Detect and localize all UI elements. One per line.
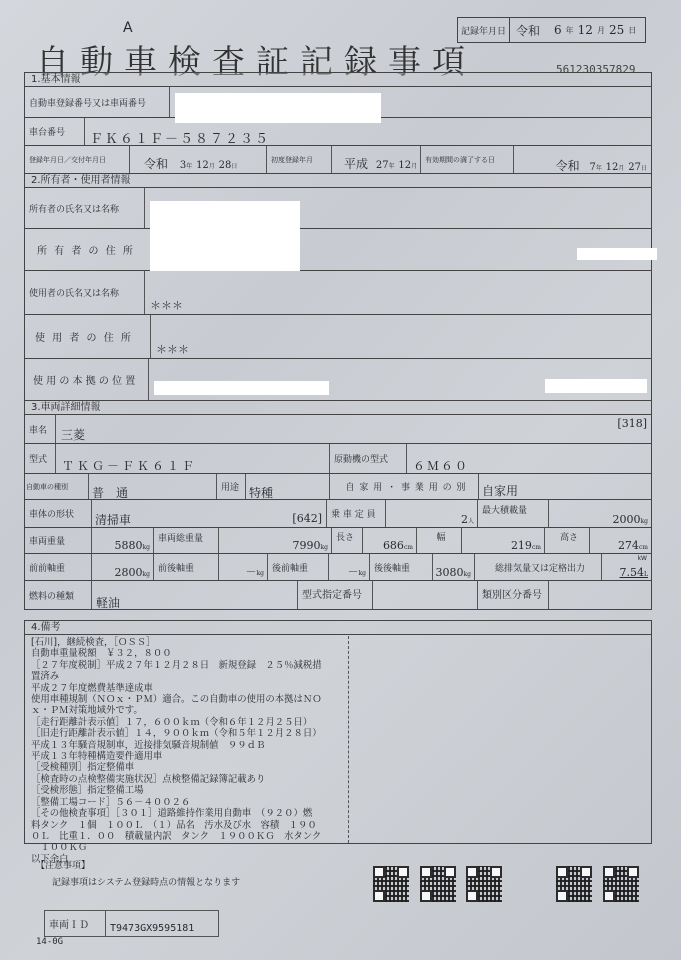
remarks-line: 平成１３年騒音規制車，近接排気騒音規制値 ９９ｄＢ — [31, 740, 349, 751]
owner-name-row: 所有者の氏名又は名称 — [25, 188, 651, 229]
rf-axle: －kg — [348, 563, 366, 579]
remarks-line: ［旧走行距離計表示値］１４，９００ｋｍ（令和５年１２月２８日） — [31, 728, 349, 739]
first-registration-label: 初度登録年月 — [267, 146, 332, 173]
model: ＴＫＧ－ＦＫ６１Ｆ — [62, 457, 197, 474]
capacity: 2人 — [461, 513, 474, 526]
private-business: 自家用 — [482, 482, 518, 499]
type-designation — [373, 581, 478, 609]
maker-row: 車名 三菱 [318] — [25, 415, 651, 444]
form-mark: A — [123, 20, 133, 36]
remarks-line: ｘ・ＰＭ対策地域外です。 — [31, 705, 349, 716]
record-date-day: 25 — [609, 23, 624, 37]
remarks-line: ［その他検査事項］［３０１］道路維持作業用自動車 （９２０）燃 — [31, 808, 349, 819]
length-label: 長さ — [332, 528, 363, 553]
remarks-section: 4.備考 [石川]，継続検査，［ＯＳＳ］自動車重量税額 ￥３２，８００［２７年度… — [24, 620, 652, 844]
remarks-line: 平成１３年特種構造要件適用車 — [31, 751, 349, 762]
vehicle-type-row: 自動車の種別 普 通 用途 特種 自 家 用 ・ 事 業 用 の 別 自家用 — [25, 474, 651, 500]
remarks-text: [石川]，継続検査，［ＯＳＳ］自動車重量税額 ￥３２，８００［２７年度税制］平成… — [31, 637, 349, 865]
user-address-row: 使 用 者 の 住 所 ＊＊＊ — [25, 315, 651, 359]
qr-code-5-icon — [603, 866, 639, 902]
remarks-line: １００ＫＧ — [31, 842, 349, 853]
inspection-form: 1.基本情報 自動車登録番号又は車両番号 車台番号 ＦＫ６１Ｆ－５８７２３５ 登… — [24, 72, 652, 610]
max-load: 2000kg — [613, 513, 648, 526]
fuel-label: 燃料の種類 — [25, 581, 92, 609]
maker-code: [318] — [617, 417, 647, 430]
notice-text: 記録事項はシステム登録時点の情報となります — [52, 875, 240, 888]
expiry-date-text: 令和 7年 12月 27日 — [556, 157, 647, 174]
year-unit: 年 — [566, 25, 574, 36]
remarks-line: ［整備工場コード］５６－４００２６ — [31, 797, 349, 808]
remarks-line: ［走行距離計表示値］１７，６００ｋｍ（令和６年１２月２５日） — [31, 717, 349, 728]
base-location-row: 使 用 の 本 拠 の 位 置 — [25, 359, 651, 401]
user-name: ＊＊＊ — [150, 297, 183, 313]
height: 274cm — [618, 539, 648, 552]
usage: 特種 — [249, 484, 273, 501]
category — [549, 581, 651, 609]
owner-address-redaction — [577, 248, 657, 260]
rr-axle-label: 後後軸重 — [370, 554, 433, 580]
body-shape: 清掃車 — [95, 511, 131, 528]
ff-axle-label: 前前軸重 — [25, 554, 92, 580]
section-vehicle-details: 3.車両詳細情報 — [25, 401, 651, 415]
remarks-line: 置済み — [31, 671, 349, 682]
rf-axle-label: 後前軸重 — [268, 554, 329, 580]
registration-date-label: 登録年月日／交付年月日 — [25, 146, 130, 173]
vehicle-id-label: 車両ＩＤ — [45, 911, 106, 936]
fr-axle: －kg — [246, 563, 264, 579]
vehicle-id: T9473GX9595181 — [106, 911, 218, 936]
base-location-redaction — [154, 381, 329, 395]
registration-number-label: 自動車登録番号又は車両番号 — [25, 87, 170, 117]
capacity-label: 乗 車 定 員 — [327, 500, 386, 527]
first-registration-text: 平成 27年 12月 — [344, 155, 417, 172]
body-shape-code: [642] — [292, 512, 322, 525]
height-label: 高さ — [545, 528, 590, 553]
chassis-number-label: 車台番号 — [25, 118, 85, 145]
vehicle-weight-label: 車両重量 — [25, 528, 92, 553]
registration-number-value — [170, 87, 651, 117]
max-load-label: 最大積載量 — [478, 500, 549, 527]
axle-weights-row: 前前軸重 2800kg 前後軸重 －kg 後前軸重 －kg 後後軸重 3080k… — [25, 554, 651, 581]
engine-model-label: 原動機の型式 — [330, 444, 407, 473]
private-business-label: 自 家 用 ・ 事 業 用 の 別 — [330, 474, 479, 499]
fuel-row: 燃料の種類 軽油 型式指定番号 類別区分番号 — [25, 581, 651, 610]
remarks-line: ［受検形態］指定整備工場 — [31, 785, 349, 796]
gross-weight: 7990kg — [293, 539, 328, 552]
displacement: 7.54L — [620, 566, 648, 579]
record-date-year: 6 — [554, 23, 562, 37]
remarks-line: 自動車重量税額 ￥３２，８００ — [31, 648, 349, 659]
remarks-line: ［２７年度税制］平成２７年１２月２８日 新規登録 ２５％減税措 — [31, 660, 349, 671]
qr-code-4-icon — [556, 866, 592, 902]
displacement-unit-kw: kW — [638, 555, 647, 562]
gross-weight-label: 車両総重量 — [154, 528, 219, 553]
qr-code-2-icon — [420, 866, 456, 902]
rr-axle: 3080kg — [436, 566, 471, 579]
engine-model: ６Ｍ６０ — [413, 457, 469, 474]
user-address: ＊＊＊ — [156, 341, 189, 357]
form-code: 14-0G — [36, 937, 63, 947]
body-shape-label: 車体の形状 — [25, 500, 92, 527]
maker-label: 車名 — [25, 415, 56, 443]
record-date-era: 令和 — [516, 22, 540, 39]
section-remarks: 4.備考 — [25, 621, 651, 635]
qr-code-1-icon — [373, 866, 409, 902]
user-name-row: 使用者の氏名又は名称 ＊＊＊ — [25, 271, 651, 315]
dates-row: 登録年月日／交付年月日 令和 3年 12月 28日 初度登録年月 平成 27年 … — [25, 146, 651, 174]
owner-name-redaction — [150, 201, 300, 271]
maker: 三菱 — [61, 426, 85, 443]
section-basic-info: 1.基本情報 — [25, 73, 651, 87]
owner-address-label: 所 有 者 の 住 所 — [25, 229, 153, 270]
registration-date-text: 令和 3年 12月 28日 — [144, 155, 237, 172]
remarks-line: ［受検種別］指定整備車 — [31, 762, 349, 773]
chassis-number: ＦＫ６１Ｆ－５８７２３５ — [90, 128, 270, 147]
vehicle-type: 普 通 — [92, 484, 128, 501]
remarks-line: 使用車種規制（ＮＯｘ・ＰＭ）適合。この自動車の使用の本拠はＮＯ — [31, 694, 349, 705]
model-row: 型式 ＴＫＧ－ＦＫ６１Ｆ 原動機の型式 ６Ｍ６０ — [25, 444, 651, 474]
first-registration: 平成 27年 12月 — [332, 146, 421, 173]
remarks-line: 平成２７年度燃費基準達成車 — [31, 683, 349, 694]
expiry-date: 令和 7年 12月 27日 — [514, 146, 651, 173]
usage-label: 用途 — [217, 474, 246, 499]
remarks-line: [石川]，継続検査，［ＯＳＳ］ — [31, 637, 349, 648]
type-designation-label: 型式指定番号 — [298, 581, 373, 609]
redaction-box — [175, 93, 381, 123]
qr-code-3-icon — [466, 866, 502, 902]
dimensions-row: 車両重量 5880kg 車両総重量 7990kg 長さ 686cm 幅 219c… — [25, 528, 651, 554]
model-label: 型式 — [25, 444, 56, 473]
base-location-redaction-2 — [545, 379, 647, 393]
ff-axle: 2800kg — [115, 566, 150, 579]
remarks-line: ［検査時の点検整備実施状況］点検整備記録簿記載あり — [31, 774, 349, 785]
month-unit: 月 — [597, 25, 605, 36]
owner-name-label: 所有者の氏名又は名称 — [25, 188, 145, 228]
width: 219cm — [511, 539, 541, 552]
notice-heading: 【注意事項】 — [36, 858, 90, 871]
base-location-label: 使 用 の 本 拠 の 位 置 — [25, 359, 149, 400]
body-shape-row: 車体の形状 清掃車 [642] 乗 車 定 員 2人 最大積載量 2000kg — [25, 500, 651, 528]
user-name-label: 使用者の氏名又は名称 — [25, 271, 145, 314]
expiry-label: 有効期間の満了する日 — [421, 146, 514, 173]
vehicle-weight: 5880kg — [115, 539, 150, 552]
record-date-month: 12 — [578, 23, 593, 37]
fr-axle-label: 前後軸重 — [154, 554, 219, 580]
owner-address-row: 所 有 者 の 住 所 — [25, 229, 651, 271]
registration-date: 令和 3年 12月 28日 — [130, 146, 267, 173]
category-label: 類別区分番号 — [478, 581, 549, 609]
displacement-label: 総排気量又は定格出力 — [475, 554, 602, 580]
section-owner-info: 2.所有者・使用者情報 — [25, 174, 651, 188]
vehicle-id-box: 車両ＩＤ T9473GX9595181 — [44, 910, 219, 937]
registration-number-row: 自動車登録番号又は車両番号 — [25, 87, 651, 118]
day-unit: 日 — [628, 25, 636, 36]
fuel: 軽油 — [96, 594, 120, 611]
record-date-value: 令和 6年 12月 25日 — [510, 18, 645, 42]
vehicle-type-label: 自動車の種別 — [25, 474, 89, 499]
record-date-box: 記録年月日 令和 6年 12月 25日 — [457, 17, 646, 43]
length: 686cm — [383, 539, 413, 552]
remarks-line: 料タンク １個 １００Ｌ （１）品名 汚水及び水 容積 １９０ — [31, 820, 349, 831]
width-label: 幅 — [417, 528, 462, 553]
user-address-label: 使 用 者 の 住 所 — [25, 315, 151, 358]
remarks-line: ０Ｌ 比重１．００ 積載量内訳 タンク １９００ＫＧ 水タンク — [31, 831, 349, 842]
